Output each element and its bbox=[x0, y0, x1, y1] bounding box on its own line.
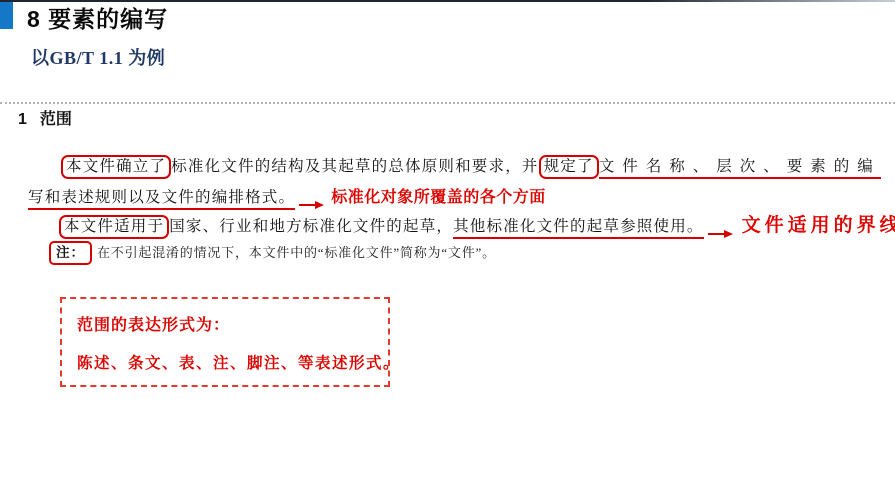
paragraph2-line: 本文件适用于 国家、行业和地方标准化文件的起草， 其他标准化文件的起草参照使用。… bbox=[59, 210, 895, 239]
underlined-text-reference-use: 其他标准化文件的起草参照使用。 bbox=[453, 214, 704, 239]
blue-accent-square bbox=[0, 2, 13, 29]
slide-title: 8 要素的编写 bbox=[27, 1, 168, 34]
red-arrow-icon bbox=[299, 201, 324, 209]
section-heading: 1 范围 bbox=[18, 106, 72, 129]
section-label: 范围 bbox=[40, 106, 72, 129]
dashed-separator bbox=[0, 102, 895, 104]
section-number: 1 bbox=[18, 111, 27, 129]
paragraph1-text: 标准化文件的结构及其起草的总体原则和要求，并 bbox=[171, 154, 538, 176]
red-boxed-phrase-specifies: 规定了 bbox=[539, 155, 599, 179]
red-arrow-icon bbox=[708, 230, 733, 238]
paragraph1-line1: 本文件确立了 标准化文件的结构及其起草的总体原则和要求，并 规定了 文件名称、层… bbox=[61, 154, 881, 179]
callout-heading: 范围的表达形式为： bbox=[77, 312, 373, 335]
red-boxed-phrase-applies: 本文件适用于 bbox=[59, 215, 169, 239]
arrow-head bbox=[315, 201, 324, 209]
arrow-shaft bbox=[708, 233, 724, 236]
annotation-applicability: 文件适用的界线 bbox=[742, 210, 895, 237]
note-line: 注： 在不引起混淆的情况下，本文件中的“标准化文件”简称为“文件”。 bbox=[49, 241, 496, 265]
slide-subtitle: 以GB/T 1.1 为例 bbox=[31, 44, 165, 70]
red-dashed-callout-box: 范围的表达形式为： 陈述、条文、表、注、脚注、等表述形式。 bbox=[60, 297, 390, 387]
paragraph1-line2: 写和表述规则以及文件的编排格式。 标准化对象所覆盖的各个方面 bbox=[28, 184, 546, 210]
red-boxed-phrase-established: 本文件确立了 bbox=[61, 155, 171, 179]
underlined-text-elements: 文件名称、层次、要素的编 bbox=[599, 154, 881, 179]
annotation-coverage: 标准化对象所覆盖的各个方面 bbox=[331, 184, 546, 207]
presentation-slide: 8 要素的编写 以GB/T 1.1 为例 1 范围 本文件确立了 标准化文件的结… bbox=[0, 0, 895, 496]
note-text: 在不引起混淆的情况下，本文件中的“标准化文件”简称为“文件”。 bbox=[97, 242, 496, 261]
red-boxed-note-label: 注： bbox=[49, 241, 92, 265]
arrow-head bbox=[724, 230, 733, 238]
paragraph2-text: 国家、行业和地方标准化文件的起草， bbox=[169, 214, 453, 236]
underlined-text-format: 写和表述规则以及文件的编排格式。 bbox=[28, 185, 295, 210]
arrow-shaft bbox=[299, 204, 315, 207]
callout-body: 陈述、条文、表、注、脚注、等表述形式。 bbox=[77, 351, 373, 373]
